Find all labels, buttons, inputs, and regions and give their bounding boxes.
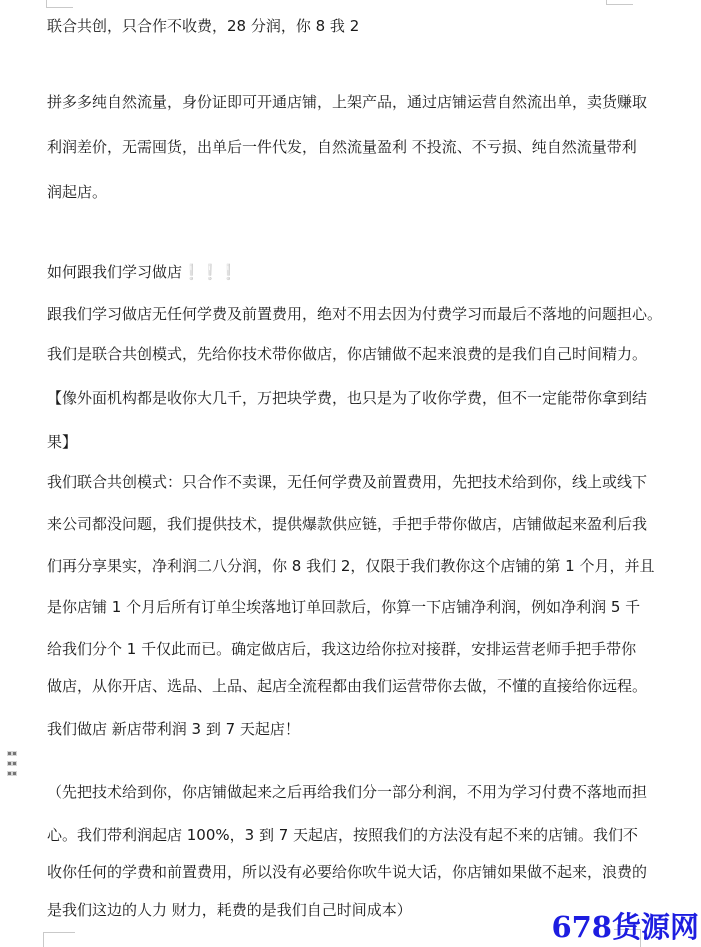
text-line: 是你店铺 1 个月后所有订单尘埃落地订单回款后，你算一下店铺净利润，例如净利润 … (47, 598, 637, 617)
text-line: 心。我们带利润起店 100%，3 到 7 天起店，按照我们的方法没有起不来的店铺… (47, 826, 637, 845)
site-watermark: 678货源网 (551, 910, 699, 944)
drag-handle-dot (13, 762, 16, 765)
text-line: 来公司都没问题，我们提供技术，提供爆款供应链，手把手带你做店，店铺做起来盈利后我 (47, 515, 637, 534)
text-line: （先把技术给到你，你店铺做起来之后再给我们分一部分利润，不用为学习付费不落地而担 (47, 783, 637, 802)
text-line: 是我们这边的人力 财力，耗费的是我们自己时间成本） (47, 901, 637, 920)
text-line: 们再分享果实，净利润二八分润，你 8 我们 2，仅限于我们教你这个店铺的第 1 … (47, 557, 637, 576)
text-line: 果】 (47, 433, 637, 452)
text-line: 我们联合共创模式：只合作不卖课，无任何学费及前置费用，先把技术给到你，线上或线下 (47, 473, 637, 492)
text-line: 跟我们学习做店无任何学费及前置费用，绝对不用去因为付费学习而最后不落地的问题担心… (47, 305, 637, 324)
drag-handle-icon[interactable] (8, 752, 16, 775)
text-line: 利润差价，无需囤货，出单后一件代发，自然流量盈利 不投流、不亏损、纯自然流量带利 (47, 138, 637, 157)
text-line: 我们是联合共创模式，先给你技术带你做店，你店铺做不起来浪费的是我们自己时间精力。 (47, 345, 637, 364)
text-boundary-corner-top-right-icon (606, 0, 633, 5)
section-heading: 如何跟我们学习做店❕❕❕ (47, 263, 637, 282)
drag-handle-dot (8, 772, 11, 775)
text-boundary-corner-bottom-left-icon (43, 932, 75, 947)
text-line: 润起店。 (47, 183, 637, 202)
text-line: 我们做店 新店带利润 3 到 7 天起店！ (47, 720, 637, 739)
text-line: 拼多多纯自然流量，身份证即可开通店铺，上架产品，通过店铺运营自然流出单，卖货赚取 (47, 93, 637, 112)
drag-handle-dot (13, 752, 16, 755)
text-line: 【像外面机构都是收你大几千，万把块学费，也只是为了收你学费，但不一定能带你拿到结 (47, 389, 637, 408)
document-page: 联合共创，只合作不收费，28 分润，你 8 我 2 拼多多纯自然流量，身份证即可… (0, 0, 701, 947)
drag-handle-dot (13, 772, 16, 775)
drag-handle-dot (8, 752, 11, 755)
drag-handle-dot (8, 762, 11, 765)
text-line: 给我们分个 1 千仅此而已。确定做店后，我这边给你拉对接群，安排运营老师手把手带… (47, 640, 637, 659)
text-line: 联合共创，只合作不收费，28 分润，你 8 我 2 (47, 17, 637, 36)
text-line: 收你任何的学费和前置费用，所以没有必要给你吹牛说大话，你店铺如果做不起来，浪费的 (47, 863, 637, 882)
text-line: 做店，从你开店、选品、上品、起店全流程都由我们运营带你去做，不懂的直接给你远程。 (47, 677, 637, 696)
text-boundary-corner-top-left-icon (46, 0, 73, 8)
